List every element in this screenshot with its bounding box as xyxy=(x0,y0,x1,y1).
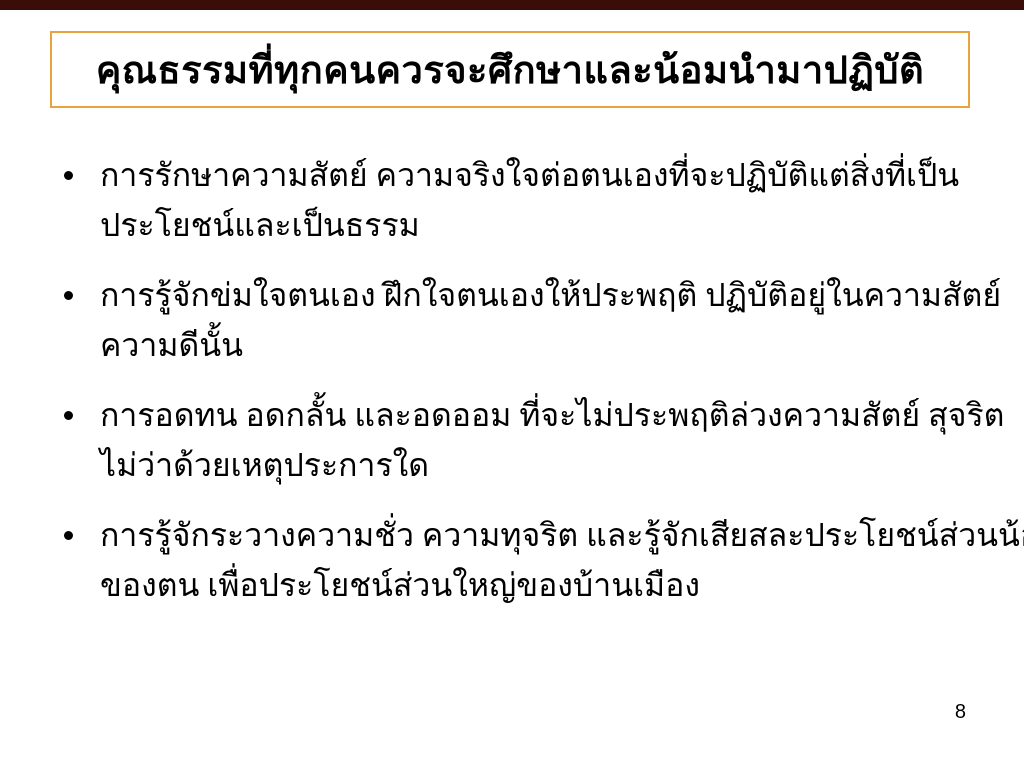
bullet-icon xyxy=(64,411,73,420)
bullet-text: การรักษาความสัตย์ ความจริงใจต่อตนเองที่จ… xyxy=(100,150,959,250)
bullet-text: การอดทน อดกลั้น และอดออม ที่จะไม่ประพฤติ… xyxy=(100,390,1004,490)
bullet-text: การรู้จักระวางความชั่ว ความทุจริต และรู้… xyxy=(100,510,1024,610)
bullet-line: ไม่ว่าด้วยเหตุประการใด xyxy=(100,440,1004,490)
bullet-text: การรู้จักข่มใจตนเอง ฝึกใจตนเองให้ประพฤติ… xyxy=(100,270,1001,370)
title-box: คุณธรรมที่ทุกคนควรจะศึกษาและน้อมนำมาปฏิบ… xyxy=(50,31,970,108)
bullet-line: ประโยชน์และเป็นธรรม xyxy=(100,200,959,250)
bullet-line: การรู้จักระวางความชั่ว ความทุจริต และรู้… xyxy=(100,510,1024,560)
top-accent-bar xyxy=(0,0,1024,10)
list-item: การรักษาความสัตย์ ความจริงใจต่อตนเองที่จ… xyxy=(64,150,974,250)
bullet-line: ของตน เพื่อประโยชน์ส่วนใหญ่ของบ้านเมือง xyxy=(100,560,1024,610)
list-item: การอดทน อดกลั้น และอดออม ที่จะไม่ประพฤติ… xyxy=(64,390,974,490)
list-item: การรู้จักระวางความชั่ว ความทุจริต และรู้… xyxy=(64,510,974,610)
bullet-list: การรักษาความสัตย์ ความจริงใจต่อตนเองที่จ… xyxy=(64,150,974,630)
bullet-line: ความดีนั้น xyxy=(100,320,1001,370)
list-item: การรู้จักข่มใจตนเอง ฝึกใจตนเองให้ประพฤติ… xyxy=(64,270,974,370)
slide-title: คุณธรรมที่ทุกคนควรจะศึกษาและน้อมนำมาปฏิบ… xyxy=(96,39,924,100)
bullet-icon xyxy=(64,291,73,300)
bullet-icon xyxy=(64,531,73,540)
bullet-line: การอดทน อดกลั้น และอดออม ที่จะไม่ประพฤติ… xyxy=(100,390,1004,440)
bullet-line: การรักษาความสัตย์ ความจริงใจต่อตนเองที่จ… xyxy=(100,150,959,200)
bullet-icon xyxy=(64,171,73,180)
bullet-line: การรู้จักข่มใจตนเอง ฝึกใจตนเองให้ประพฤติ… xyxy=(100,270,1001,320)
page-number: 8 xyxy=(955,701,966,724)
